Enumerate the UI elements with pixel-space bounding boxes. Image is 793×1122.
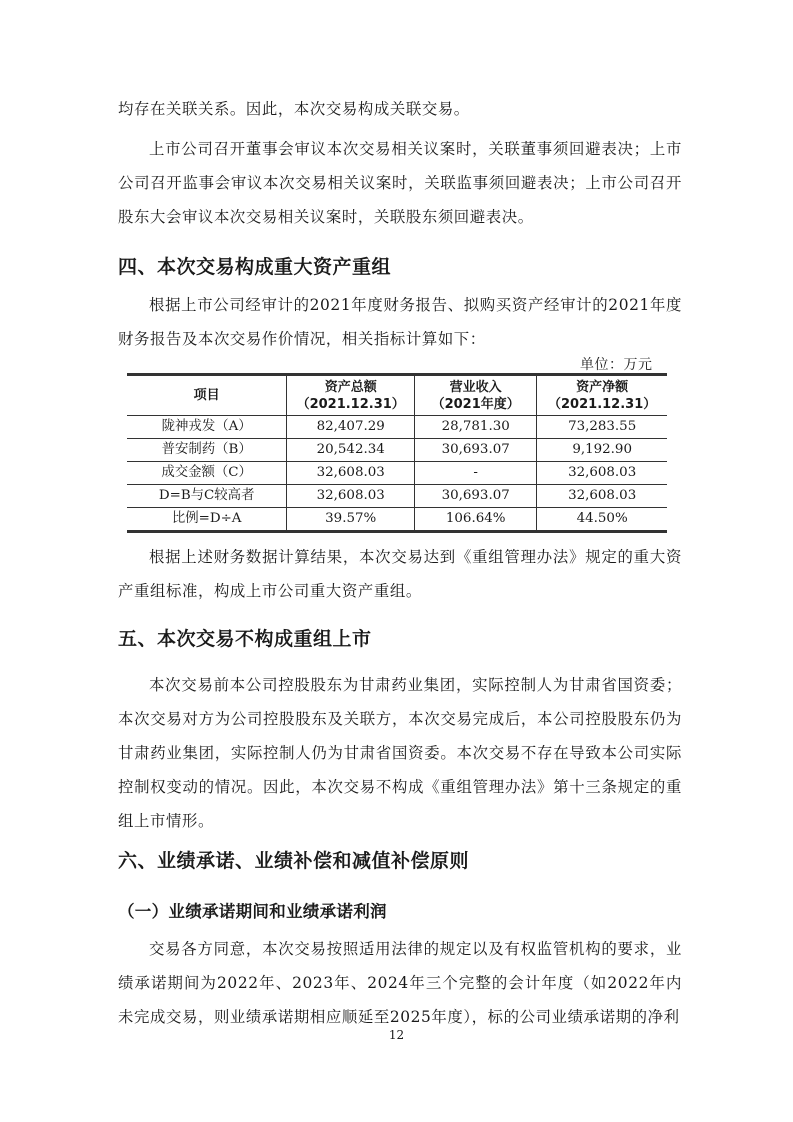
paragraph-indicator-intro: 根据上市公司经审计的2021年度财务报告、拟购买资产经审计的2021年度财务报告… — [118, 288, 682, 356]
table-row: 比例=D÷A 39.57% 106.64% 44.50% — [127, 508, 667, 532]
page-number: 12 — [0, 1028, 793, 1042]
document-page: 均存在关联关系。因此，本次交易构成关联交易。 上市公司召开董事会审议本次交易相关… — [0, 0, 793, 1122]
table-header-row: 项目 资产总额（2021.12.31） 营业收入（2021年度） 资产净额（20… — [127, 375, 667, 416]
table-row: 成交金额（C） 32,608.03 - 32,608.03 — [127, 462, 667, 485]
cell-revenue: 30,693.07 — [415, 485, 537, 508]
cell-total-assets: 32,608.03 — [287, 462, 415, 485]
heading-subsection-6-1: （一）业绩承诺期间和业绩承诺利润 — [118, 898, 387, 922]
paragraph-related-transaction: 均存在关联关系。因此，本次交易构成关联交易。 — [118, 92, 682, 126]
financial-indicator-table: 项目 资产总额（2021.12.31） 营业收入（2021年度） 资产净额（20… — [127, 373, 667, 533]
cell-revenue: 30,693.07 — [415, 439, 537, 462]
row-label: 成交金额（C） — [127, 462, 287, 485]
cell-net-assets: 32,608.03 — [537, 485, 667, 508]
cell-revenue: 106.64% — [415, 508, 537, 532]
heading-section-5: 五、本次交易不构成重组上市 — [118, 624, 372, 651]
cell-revenue: - — [415, 462, 537, 485]
table-row: 陇神戎发（A） 82,407.29 28,781.30 73,283.55 — [127, 416, 667, 439]
cell-total-assets: 39.57% — [287, 508, 415, 532]
cell-net-assets: 73,283.55 — [537, 416, 667, 439]
table-row: 普安制药（B） 20,542.34 30,693.07 9,192.90 — [127, 439, 667, 462]
paragraph-control-unchanged: 本次交易前本公司控股股东为甘肃药业集团，实际控制人为甘肃省国资委；本次交易对方为… — [118, 668, 682, 838]
cell-net-assets: 9,192.90 — [537, 439, 667, 462]
paragraph-recusal-voting: 上市公司召开董事会审议本次交易相关议案时，关联董事须回避表决；上市公司召开监事会… — [118, 132, 682, 234]
table-row: D=B与C较高者 32,608.03 30,693.07 32,608.03 — [127, 485, 667, 508]
cell-total-assets: 20,542.34 — [287, 439, 415, 462]
header-total-assets: 资产总额（2021.12.31） — [287, 375, 415, 416]
paragraph-restructuring-conclusion: 根据上述财务数据计算结果，本次交易达到《重组管理办法》规定的重大资产重组标准，构… — [118, 540, 682, 608]
row-label: D=B与C较高者 — [127, 485, 287, 508]
row-label: 普安制药（B） — [127, 439, 287, 462]
cell-net-assets: 44.50% — [537, 508, 667, 532]
heading-section-6: 六、业绩承诺、业绩补偿和减值补偿原则 — [118, 846, 469, 873]
header-item: 项目 — [127, 375, 287, 416]
header-revenue: 营业收入（2021年度） — [415, 375, 537, 416]
heading-section-4: 四、本次交易构成重大资产重组 — [118, 252, 391, 279]
cell-total-assets: 82,407.29 — [287, 416, 415, 439]
cell-total-assets: 32,608.03 — [287, 485, 415, 508]
table-unit-label: 单位：万元 — [580, 354, 653, 374]
paragraph-performance-commitment: 交易各方同意，本次交易按照适用法律的规定以及有权监管机构的要求，业绩承诺期间为2… — [118, 932, 682, 1034]
cell-net-assets: 32,608.03 — [537, 462, 667, 485]
row-label: 比例=D÷A — [127, 508, 287, 532]
row-label: 陇神戎发（A） — [127, 416, 287, 439]
cell-revenue: 28,781.30 — [415, 416, 537, 439]
header-net-assets: 资产净额（2021.12.31） — [537, 375, 667, 416]
